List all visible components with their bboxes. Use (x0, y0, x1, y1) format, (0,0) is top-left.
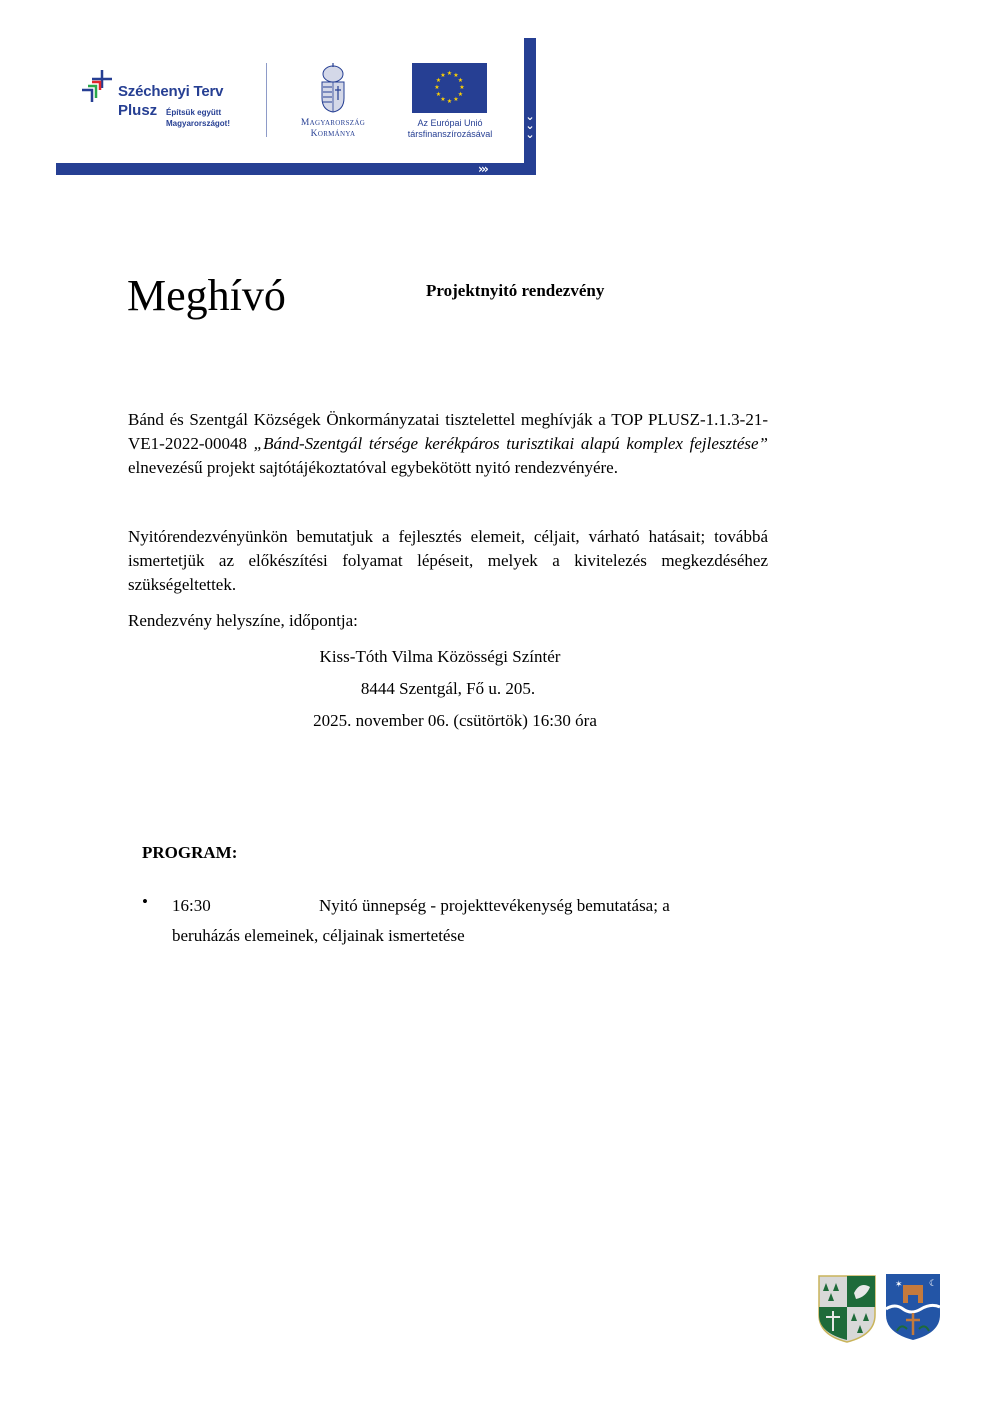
project-name: „Bánd-Szentgál térsége kerékpáros turisz… (254, 434, 768, 453)
eu-line-1: Az Európai Unió (400, 118, 500, 129)
chevron-right-icon: ››› (478, 163, 487, 175)
svg-text:✶: ✶ (895, 1280, 903, 1290)
eu-stars-icon: ★ ★ ★ ★ ★ ★ ★ ★ ★ ★ ★ ★ (412, 63, 487, 113)
location-label: Rendezvény helyszíne, időpontja: (128, 609, 768, 633)
slogan-line-2: Magyarországot! (166, 118, 230, 129)
event-datetime: 2025. november 06. (csütörtök) 16:30 óra (135, 709, 775, 733)
hungarian-coat-of-arms-icon (318, 62, 348, 114)
eu-line-2: társfinanszírozásával (400, 129, 500, 140)
szechenyi-cross-icon (80, 68, 120, 108)
svg-text:★: ★ (447, 70, 452, 77)
program-heading: PROGRAM: (142, 843, 237, 863)
svg-text:★: ★ (447, 98, 452, 105)
paragraph-tail: elnevezésű projekt sajtótájékoztatóval e… (128, 458, 618, 477)
svg-text:★: ★ (434, 84, 439, 91)
eu-logo-text: Az Európai Unió társfinanszírozásával (400, 118, 500, 140)
program-item-time: 16:30 (172, 892, 211, 920)
venue-name: Kiss-Tóth Vilma Közösségi Színtér (120, 645, 760, 669)
venue-address: 8444 Szentgál, Fő u. 205. (128, 677, 768, 701)
svg-text:☾: ☾ (929, 1279, 937, 1289)
svg-text:★: ★ (459, 84, 464, 91)
program-item-description-cont: beruházás elemeinek, céljainak ismerteté… (172, 922, 465, 950)
svg-text:★: ★ (458, 77, 463, 84)
szentgal-coat-of-arms-icon: ✶ ☾ (885, 1273, 941, 1341)
band-coat-of-arms-icon (818, 1273, 876, 1343)
svg-text:★: ★ (436, 91, 441, 98)
government-line-1: Magyarország (288, 118, 378, 129)
logo-divider (266, 63, 267, 137)
svg-text:★: ★ (453, 96, 458, 103)
page-subtitle: Projektnyitó rendezvény (426, 281, 604, 301)
eu-flag-icon: ★ ★ ★ ★ ★ ★ ★ ★ ★ ★ ★ ★ (412, 63, 487, 113)
szechenyi-logo-slogan: Építsük együtt Magyarországot! (166, 107, 230, 129)
slogan-line-1: Építsük együtt (166, 107, 230, 118)
description-paragraph: Nyitórendezvényünkön bemutatjuk a fejles… (128, 525, 768, 597)
szechenyi-logo-title: Széchenyi Terv (118, 83, 223, 100)
program-item-description: Nyitó ünnepség - projekttevékenység bemu… (319, 892, 670, 920)
government-logo-text: Magyarország Kormánya (288, 118, 378, 140)
svg-text:★: ★ (440, 72, 445, 79)
header-bar-horizontal (56, 163, 536, 175)
government-line-2: Kormánya (288, 129, 378, 140)
chevron-down-icon: ⌄⌄⌄ (525, 112, 535, 139)
szechenyi-logo-plusz: Plusz (118, 102, 157, 119)
bullet-icon: • (142, 892, 148, 912)
header-bar-vertical (524, 38, 536, 175)
invitation-paragraph: Bánd és Szentgál Községek Önkormányzatai… (128, 408, 768, 480)
page-title: Meghívó (127, 268, 286, 324)
